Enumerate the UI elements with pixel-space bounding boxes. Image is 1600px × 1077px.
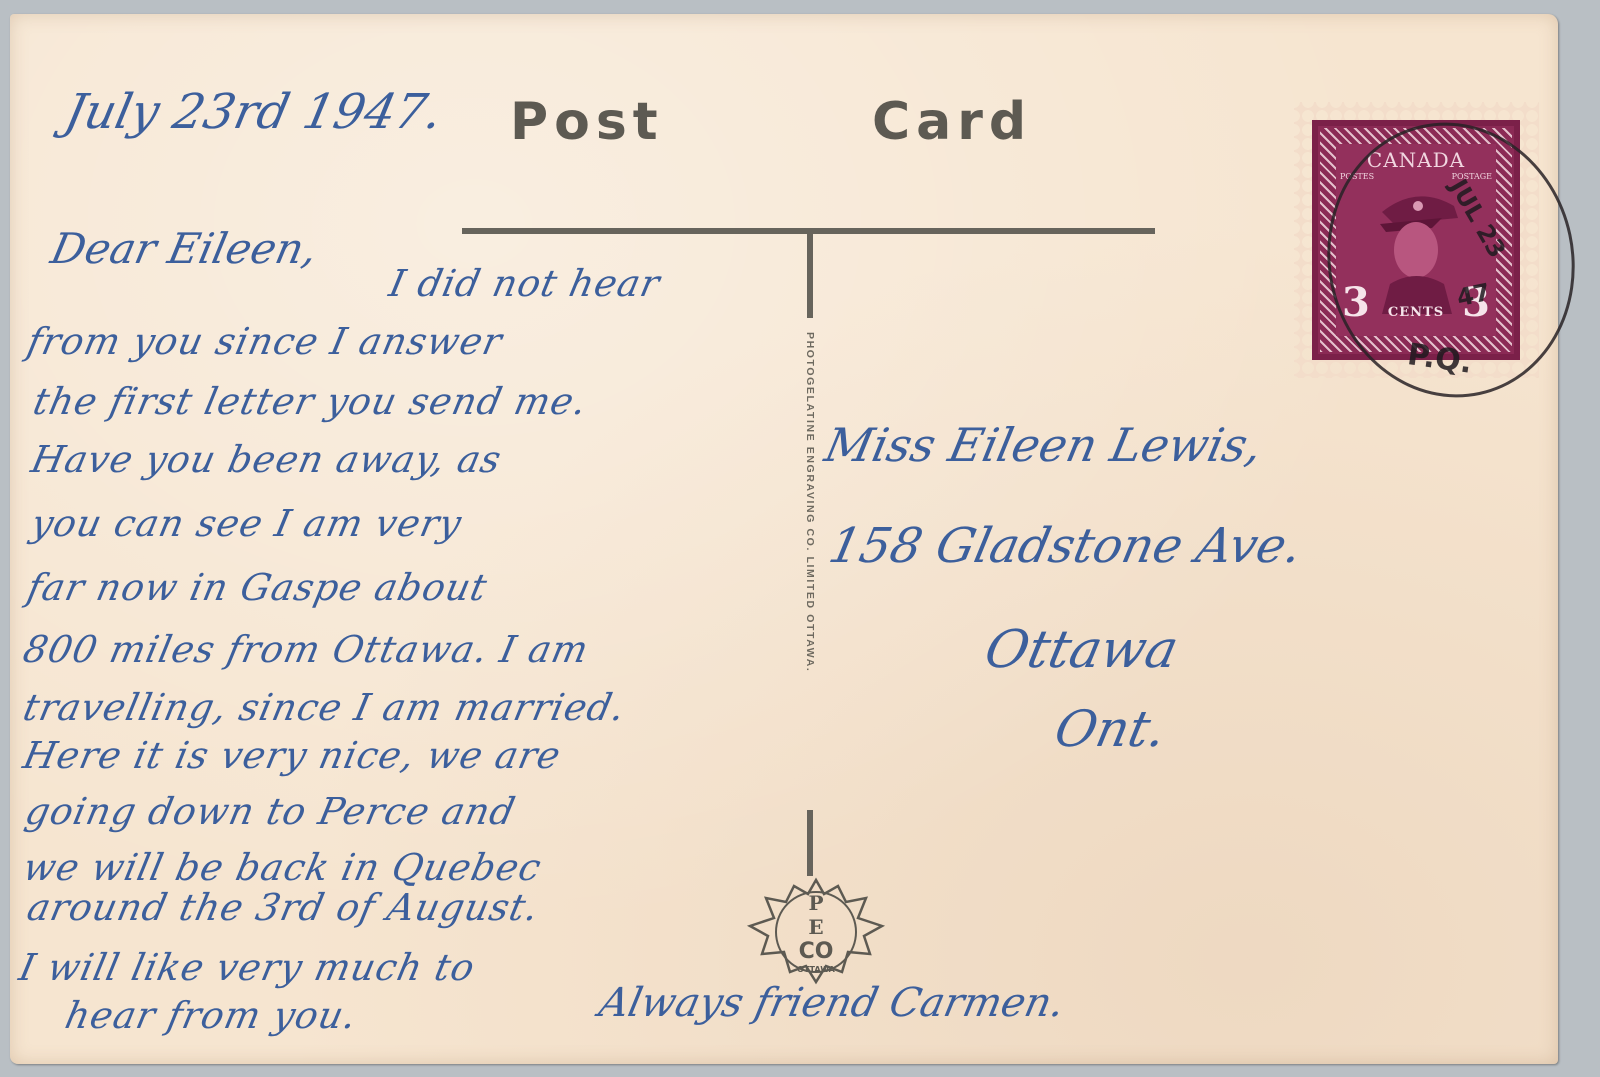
center-divider-bottom [807,810,813,876]
svg-text:OTTAWA: OTTAWA [797,965,836,974]
message-line: Here it is very nice, we are [19,734,565,777]
svg-text:CO: CO [799,939,834,964]
message-date: July 23rd 1947. [60,84,447,140]
message-line: going down to Perce and [21,790,519,833]
message-line: from you since I answer [23,320,506,363]
postcard: Post Card PHOTOGELATINE ENGRAVING CO. LI… [10,14,1558,1064]
peco-maple-leaf-logo-icon: P E CO OTTAWA [746,876,886,986]
address-province: Ont. [1050,700,1172,758]
message-line: Have you been away, as [27,438,505,481]
message-line: around the 3rd of August. [23,886,543,929]
address-street: 158 Gladstone Ave. [824,518,1307,574]
svg-text:E: E [808,915,823,939]
postmark-year: 47 [1454,278,1492,312]
header-card: Card [872,92,1032,152]
header-post: Post [510,92,664,152]
message-line: travelling, since I am married. [19,686,629,729]
message-line: 800 miles from Ottawa. I am [19,628,592,671]
message-salutation: Dear Eileen, [47,224,322,273]
printer-imprint: PHOTOGELATINE ENGRAVING CO. LIMITED OTTA… [804,332,816,672]
message-line: I will like very much to [15,946,479,989]
postmark-province: P.Q. [1405,337,1474,381]
message-line: far now in Gaspe about [23,566,491,609]
header-post-text: Post [510,92,664,152]
address-city: Ottawa [980,620,1184,680]
message-line: the first letter you send me. [29,380,591,423]
header-card-text: Card [872,92,1032,152]
svg-text:P: P [808,891,823,915]
postmark-date: JUL 23 [1444,175,1511,263]
message-line: you can see I am very [27,502,465,545]
message-line: hear from you. [61,994,361,1037]
message-line: we will be back in Quebec [19,846,545,889]
center-divider-top [807,230,813,318]
message-closing: Always friend Carmen. [595,980,1069,1026]
message-line: I did not hear [385,262,664,305]
address-name: Miss Eileen Lewis, [820,418,1267,472]
